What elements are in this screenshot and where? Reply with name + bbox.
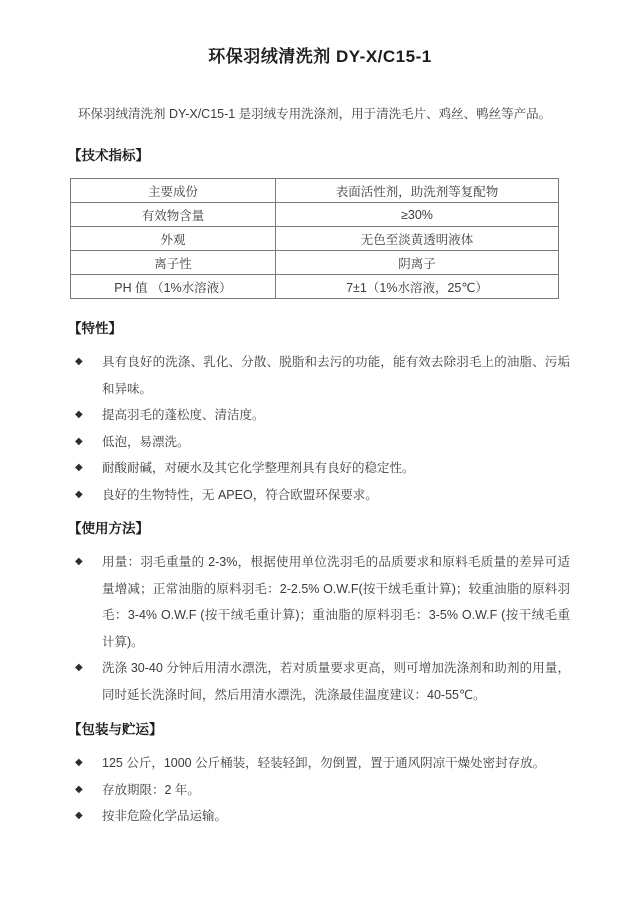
- spec-value: 无色至淡黄透明液体: [276, 227, 559, 251]
- list-item: ◆ 耐酸耐碱，对硬水及其它化学整理剂具有良好的稳定性。: [70, 455, 570, 482]
- spec-value: ≥30%: [276, 203, 559, 227]
- packaging-list: ◆ 125 公斤，1000 公斤桶装，轻装轻卸，勿倒置，置于通风阴凉干燥处密封存…: [70, 750, 570, 830]
- list-item-text: 存放期限：2 年。: [102, 777, 570, 804]
- diamond-bullet-icon: ◆: [75, 455, 93, 482]
- list-item: ◆ 用量：羽毛重量的 2-3%，根据使用单位洗羽毛的品质要求和原料毛质量的差异可…: [70, 549, 570, 655]
- diamond-bullet-icon: ◆: [75, 429, 93, 456]
- list-item-text: 用量：羽毛重量的 2-3%，根据使用单位洗羽毛的品质要求和原料毛质量的差异可适量…: [102, 549, 570, 655]
- table-row: 主要成份 表面活性剂，助洗剂等复配物: [71, 179, 559, 203]
- usage-list: ◆ 用量：羽毛重量的 2-3%，根据使用单位洗羽毛的品质要求和原料毛质量的差异可…: [70, 549, 570, 708]
- spec-label: PH 值 （1%水溶液）: [71, 275, 276, 299]
- list-item: ◆ 具有良好的洗涤、乳化、分散、脱脂和去污的功能，能有效去除羽毛上的油脂、污垢和…: [70, 349, 570, 402]
- section-heading-packaging: 【包装与贮运】: [68, 721, 570, 739]
- spec-label: 有效物含量: [71, 203, 276, 227]
- section-heading-usage: 【使用方法】: [68, 520, 570, 538]
- list-item: ◆ 提高羽毛的蓬松度、清洁度。: [70, 402, 570, 429]
- list-item: ◆ 良好的生物特性，无 APEO，符合欧盟环保要求。: [70, 482, 570, 509]
- list-item: ◆ 存放期限：2 年。: [70, 777, 570, 804]
- list-item-text: 提高羽毛的蓬松度、清洁度。: [102, 402, 570, 429]
- list-item: ◆ 低泡，易漂洗。: [70, 429, 570, 456]
- spec-value: 表面活性剂，助洗剂等复配物: [276, 179, 559, 203]
- list-item-text: 良好的生物特性，无 APEO，符合欧盟环保要求。: [102, 482, 570, 509]
- features-list: ◆ 具有良好的洗涤、乳化、分散、脱脂和去污的功能，能有效去除羽毛上的油脂、污垢和…: [70, 349, 570, 508]
- spec-label: 主要成份: [71, 179, 276, 203]
- list-item-text: 耐酸耐碱，对硬水及其它化学整理剂具有良好的稳定性。: [102, 455, 570, 482]
- diamond-bullet-icon: ◆: [75, 549, 93, 576]
- table-row: 离子性 阴离子: [71, 251, 559, 275]
- diamond-bullet-icon: ◆: [75, 750, 93, 777]
- document-page: 环保羽绒清洗剂 DY-X/C15-1 环保羽绒清洗剂 DY-X/C15-1 是羽…: [0, 0, 640, 905]
- list-item: ◆ 洗涤 30-40 分钟后用清水漂洗，若对质量要求更高，则可增加洗涤剂和助剂的…: [70, 655, 570, 708]
- spec-value: 阴离子: [276, 251, 559, 275]
- page-title: 环保羽绒清洗剂 DY-X/C15-1: [70, 46, 570, 68]
- list-item-text: 125 公斤，1000 公斤桶装，轻装轻卸，勿倒置，置于通风阴凉干燥处密封存放。: [102, 750, 570, 777]
- list-item-text: 具有良好的洗涤、乳化、分散、脱脂和去污的功能，能有效去除羽毛上的油脂、污垢和异味…: [102, 349, 570, 402]
- tech-specs-table: 主要成份 表面活性剂，助洗剂等复配物 有效物含量 ≥30% 外观 无色至淡黄透明…: [70, 178, 559, 299]
- table-row: 有效物含量 ≥30%: [71, 203, 559, 227]
- list-item-text: 按非危险化学品运输。: [102, 803, 570, 830]
- table-row: 外观 无色至淡黄透明液体: [71, 227, 559, 251]
- diamond-bullet-icon: ◆: [75, 655, 93, 682]
- list-item-text: 洗涤 30-40 分钟后用清水漂洗，若对质量要求更高，则可增加洗涤剂和助剂的用量…: [102, 655, 570, 708]
- diamond-bullet-icon: ◆: [75, 803, 93, 830]
- spec-value: 7±1（1%水溶液，25℃）: [276, 275, 559, 299]
- diamond-bullet-icon: ◆: [75, 402, 93, 429]
- list-item-text: 低泡，易漂洗。: [102, 429, 570, 456]
- diamond-bullet-icon: ◆: [75, 482, 93, 509]
- diamond-bullet-icon: ◆: [75, 777, 93, 804]
- spec-label: 外观: [71, 227, 276, 251]
- diamond-bullet-icon: ◆: [75, 349, 93, 376]
- intro-paragraph: 环保羽绒清洗剂 DY-X/C15-1 是羽绒专用洗涤剂，用于清洗毛片、鸡丝、鸭丝…: [70, 105, 570, 123]
- table-row: PH 值 （1%水溶液） 7±1（1%水溶液，25℃）: [71, 275, 559, 299]
- section-heading-features: 【特性】: [68, 320, 570, 338]
- section-heading-tech-specs: 【技术指标】: [68, 147, 570, 165]
- spec-label: 离子性: [71, 251, 276, 275]
- list-item: ◆ 125 公斤，1000 公斤桶装，轻装轻卸，勿倒置，置于通风阴凉干燥处密封存…: [70, 750, 570, 777]
- list-item: ◆ 按非危险化学品运输。: [70, 803, 570, 830]
